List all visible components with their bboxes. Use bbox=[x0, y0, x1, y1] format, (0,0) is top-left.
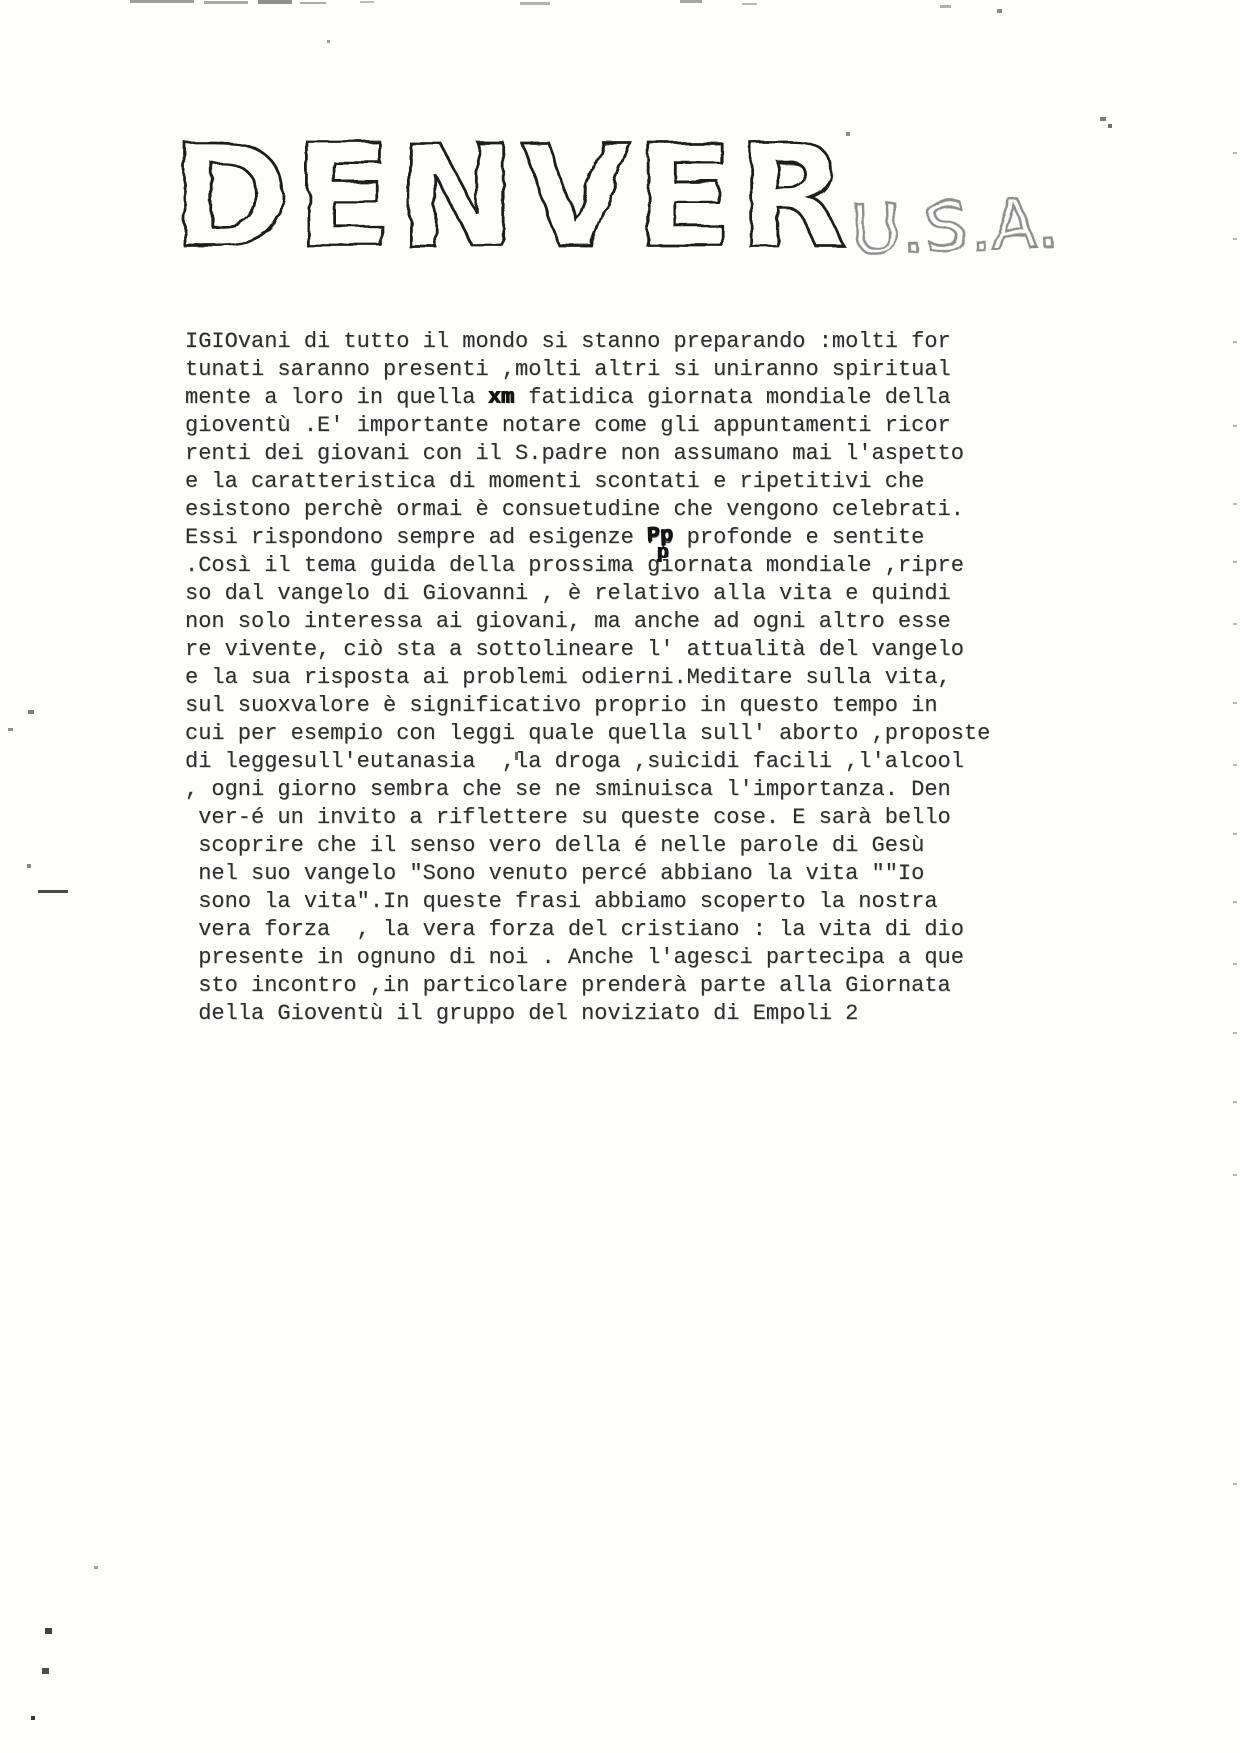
scan-noise-mark bbox=[42, 1668, 49, 1674]
scan-noise-mark bbox=[940, 5, 951, 8]
typewritten-line: e la caratteristica di momenti scontati … bbox=[185, 468, 1015, 496]
scan-noise-mark bbox=[300, 2, 326, 4]
scan-noise-mark bbox=[846, 132, 850, 136]
typewritten-line: gioventù .E' importante notare come gli … bbox=[185, 412, 1015, 440]
typewritten-line: sono la vita".In queste frasi abbiamo sc… bbox=[185, 888, 1015, 916]
typewritten-line: so dal vangelo di Giovanni , è relativo … bbox=[185, 580, 1015, 608]
typewritten-line: ver-é un invito a riflettere su queste c… bbox=[185, 804, 1015, 832]
scan-noise-mark bbox=[94, 1566, 98, 1569]
typewritten-line: cui per esempio con leggi quale quella s… bbox=[185, 720, 1015, 748]
typewritten-line: di leggesull'eutanasia ,la droga ,suicid… bbox=[185, 748, 1015, 776]
scan-noise-mark bbox=[204, 1, 248, 4]
scan-noise-mark bbox=[258, 0, 292, 4]
scan-noise-mark bbox=[327, 40, 330, 43]
typewritten-line: , ogni giorno sembra che se ne sminuisca… bbox=[185, 776, 1015, 804]
scan-noise-mark bbox=[742, 3, 757, 5]
typewritten-line: renti dei giovani con il S.padre non ass… bbox=[185, 440, 1015, 468]
scan-noise-mark bbox=[520, 2, 550, 5]
scan-noise-mark bbox=[8, 728, 13, 731]
scan-noise-mark bbox=[130, 0, 194, 3]
scan-noise-mark bbox=[360, 1, 374, 3]
typewritten-line: Essi rispondono sempre ad esigenze Pp pr… bbox=[185, 524, 1015, 552]
hand-drawn-title: DENVER U.S.A. bbox=[160, 88, 1160, 298]
scan-noise-mark bbox=[28, 710, 34, 714]
typewritten-line: tunati saranno presenti ,molti altri si … bbox=[185, 356, 1015, 384]
scan-noise-mark bbox=[45, 1628, 52, 1634]
typewritten-line: mente a loro in quella xm fatidica giorn… bbox=[185, 384, 1015, 412]
scan-noise-mark bbox=[27, 864, 31, 868]
overstrike-correction-xm: xm bbox=[488, 384, 514, 412]
typewritten-line: nel suo vangelo "Sono venuto percé abbia… bbox=[185, 860, 1015, 888]
document-body-text: IGIOvani di tutto il mondo si stanno pre… bbox=[185, 328, 1015, 1028]
scan-noise-mark bbox=[515, 752, 518, 760]
typewritten-line: sul suoxvalore è significativo proprio i… bbox=[185, 692, 1015, 720]
title-usa-text: U.S.A. bbox=[850, 185, 1062, 271]
typewritten-line: IGIOvani di tutto il mondo si stanno pre… bbox=[185, 328, 1015, 356]
stray-subscript-p: p bbox=[657, 540, 669, 568]
typewritten-line: vera forza , la vera forza del cristiano… bbox=[185, 916, 1015, 944]
scanned-document-page: DENVER U.S.A. IGIOvani di tutto il mondo… bbox=[0, 0, 1240, 1753]
typewritten-line: sto incontro ,in particolare prenderà pa… bbox=[185, 972, 1015, 1000]
typewritten-line: e la sua risposta ai problemi odierni.Me… bbox=[185, 664, 1015, 692]
typewritten-line: presente in ognuno di noi . Anche l'ages… bbox=[185, 944, 1015, 972]
typewritten-line: scoprire che il senso vero della é nelle… bbox=[185, 832, 1015, 860]
typewritten-line: non solo interessa ai giovani, ma anche … bbox=[185, 608, 1015, 636]
scan-noise-mark bbox=[680, 0, 702, 3]
typewritten-line: re vivente, ciò sta a sottolineare l' at… bbox=[185, 636, 1015, 664]
title-denver-text: DENVER bbox=[172, 115, 852, 280]
scan-noise-mark bbox=[997, 9, 1002, 13]
scan-noise-mark bbox=[31, 1716, 35, 1720]
typewritten-line: .Così il tema guida della prossima giorn… bbox=[185, 552, 1015, 580]
scan-noise-mark bbox=[1108, 124, 1112, 128]
scan-noise-mark bbox=[38, 890, 68, 893]
typewritten-line: della Gioventù il gruppo del noviziato d… bbox=[185, 1000, 1015, 1028]
scan-noise-mark bbox=[1100, 117, 1106, 121]
typewritten-line: esistono perchè ormai è consuetudine che… bbox=[185, 496, 1015, 524]
